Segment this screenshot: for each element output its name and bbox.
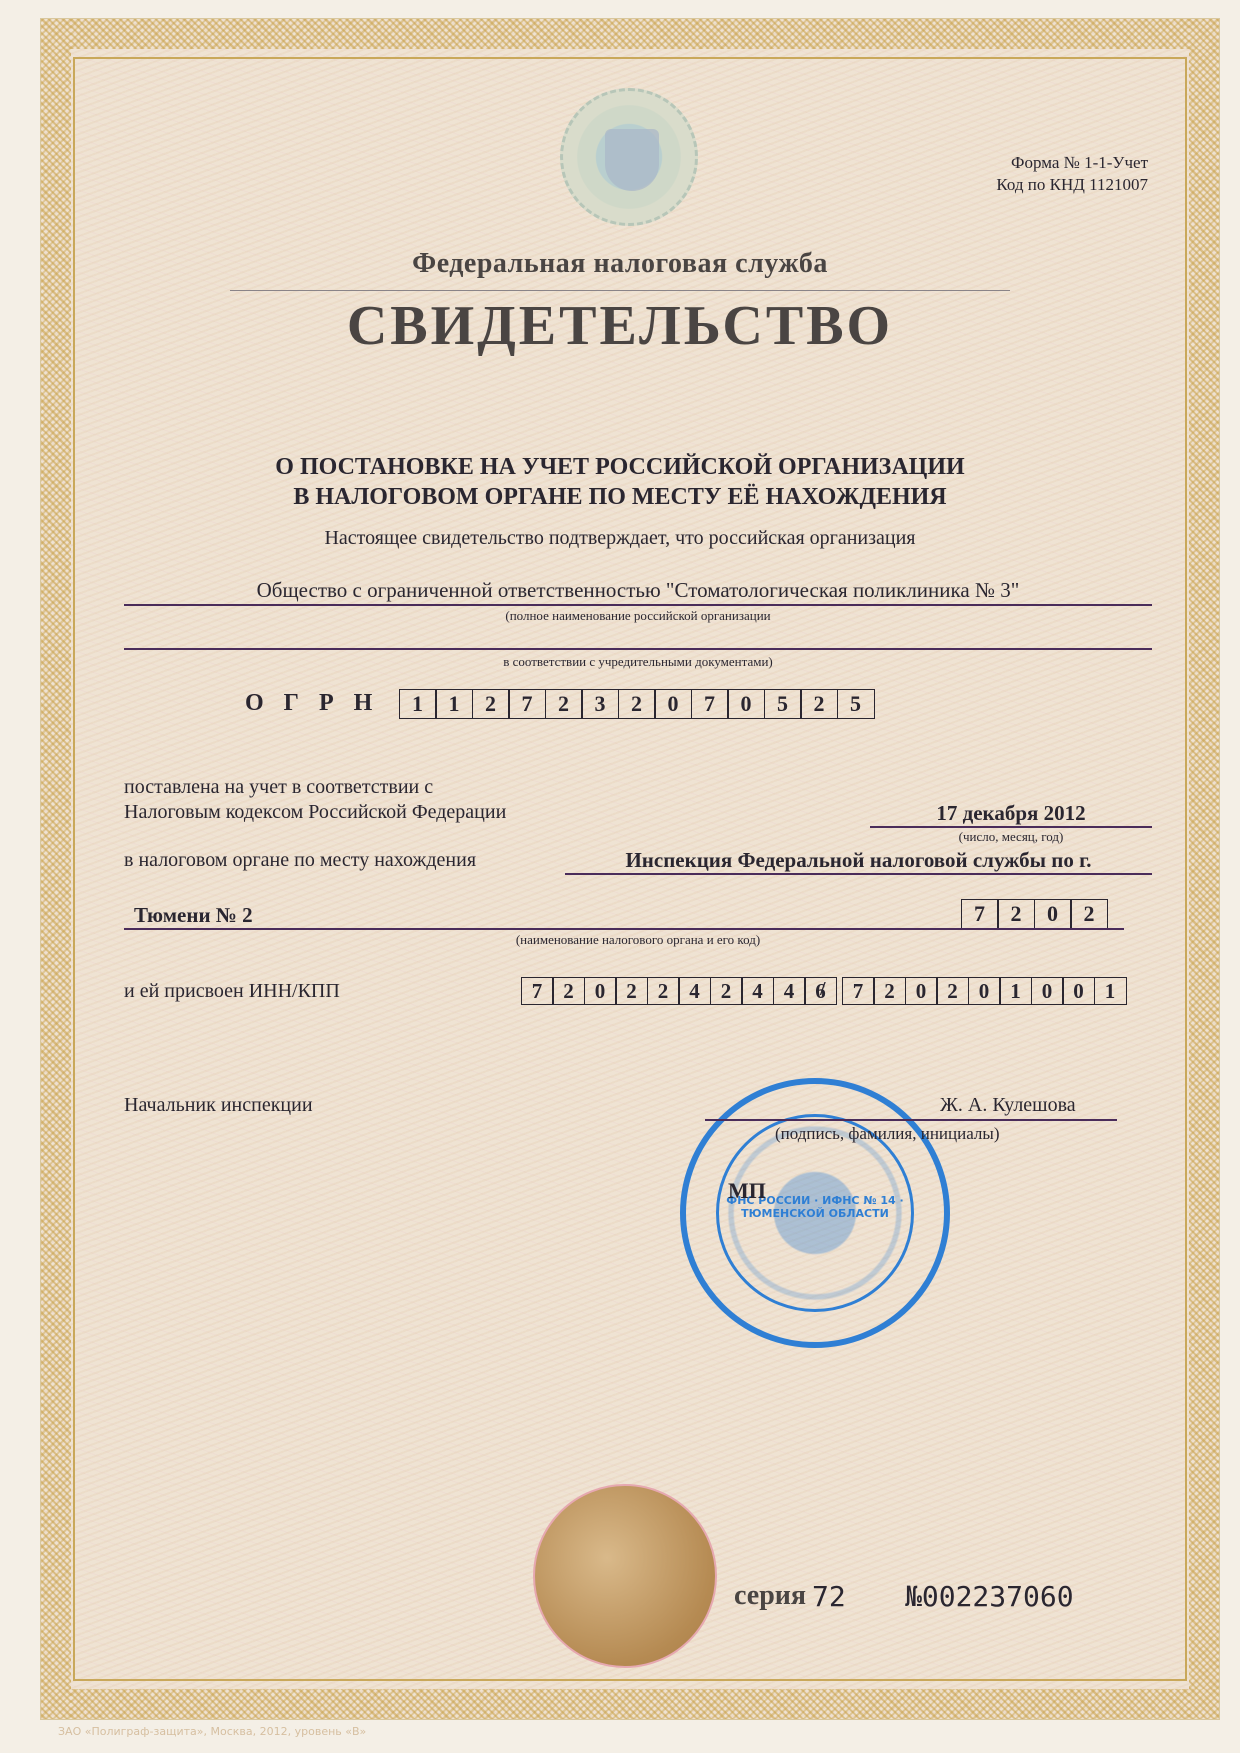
underline <box>124 604 1152 606</box>
digit-cell: 1 <box>399 689 437 719</box>
authority-name-1: Инспекция Федеральной налоговой службы п… <box>565 848 1152 873</box>
digit-cell: 0 <box>1062 977 1095 1005</box>
underline <box>870 826 1152 828</box>
serial-number: №002237060 <box>905 1580 1074 1613</box>
authority-caption: (наименование налогового органа и его ко… <box>124 932 1152 948</box>
digit-cell: 2 <box>472 689 510 719</box>
printer-info: ЗАО «Полиграф-защита», Москва, 2012, уро… <box>58 1725 366 1738</box>
ogrn-cells: 1127232070525 <box>400 689 875 719</box>
agency-name: Федеральная налоговая служба <box>0 248 1240 280</box>
date-caption: (число, месяц, год) <box>870 829 1152 845</box>
digit-cell: 0 <box>968 977 1001 1005</box>
hologram-emblem-icon <box>560 88 698 226</box>
underline <box>705 1119 1117 1121</box>
registration-date: 17 декабря 2012 <box>870 801 1152 826</box>
organization-name: Общество с ограниченной ответственностью… <box>124 578 1152 603</box>
digit-cell: 2 <box>800 689 838 719</box>
digit-cell: 0 <box>584 977 617 1005</box>
org-caption-2: в соответствии с учредительными документ… <box>124 654 1152 670</box>
digit-cell: 2 <box>997 899 1035 929</box>
digit-cell: 2 <box>647 977 680 1005</box>
digit-cell: 0 <box>727 689 765 719</box>
series-label: серия <box>734 1580 806 1612</box>
stamp-label: МП <box>728 1178 766 1204</box>
underline <box>565 873 1152 875</box>
digit-cell: 4 <box>741 977 774 1005</box>
document-title: СВИДЕТЕЛЬСТВО <box>0 294 1240 358</box>
digit-cell: 2 <box>873 977 906 1005</box>
registration-text-1: поставлена на учет в соответствии с <box>124 776 433 799</box>
inn-kpp-separator: / <box>820 978 826 1001</box>
underline <box>124 648 1152 650</box>
confirm-text: Настоящее свидетельство подтверждает, чт… <box>0 527 1240 550</box>
authority-code-cells: 7202 <box>962 899 1108 929</box>
inn-cells: 7202242446 <box>522 977 837 1005</box>
authority-label: в налоговом органе по месту нахождения <box>124 849 476 872</box>
digit-cell: 2 <box>1070 899 1108 929</box>
digit-cell: 2 <box>615 977 648 1005</box>
digit-cell: 7 <box>691 689 729 719</box>
digit-cell: 7 <box>521 977 554 1005</box>
digit-cell: 4 <box>773 977 806 1005</box>
org-caption-1: (полное наименование российской организа… <box>124 608 1152 624</box>
kpp-cells: 720201001 <box>843 977 1127 1005</box>
signatory-name: Ж. А. Кулешова <box>940 1094 1076 1117</box>
form-number: Форма № 1-1-Учет <box>996 152 1148 174</box>
digit-cell: 4 <box>678 977 711 1005</box>
digit-cell: 3 <box>581 689 619 719</box>
series-value: 72 <box>812 1580 846 1613</box>
digit-cell: 5 <box>764 689 802 719</box>
underline <box>124 928 1124 930</box>
registration-text-2: Налоговым кодексом Российской Федерации <box>124 801 506 824</box>
inn-kpp-label: и ей присвоен ИНН/КПП <box>124 980 340 1003</box>
divider <box>230 290 1010 291</box>
digit-cell: 0 <box>1034 899 1072 929</box>
ogrn-label: ОГРН <box>245 690 392 717</box>
digit-cell: 7 <box>508 689 546 719</box>
digit-cell: 0 <box>905 977 938 1005</box>
form-info: Форма № 1-1-Учет Код по КНД 1121007 <box>996 152 1148 196</box>
digit-cell: 0 <box>654 689 692 719</box>
digit-cell: 1 <box>999 977 1032 1005</box>
authority-name-2: Тюмени № 2 <box>134 903 253 928</box>
digit-cell: 2 <box>618 689 656 719</box>
digit-cell: 1 <box>1094 977 1127 1005</box>
digit-cell: 2 <box>936 977 969 1005</box>
embossed-seal-icon <box>533 1484 717 1668</box>
document-subtitle: О ПОСТАНОВКЕ НА УЧЕТ РОССИЙСКОЙ ОРГАНИЗА… <box>0 452 1240 512</box>
digit-cell: 7 <box>842 977 875 1005</box>
digit-cell: 7 <box>961 899 999 929</box>
digit-cell: 1 <box>435 689 473 719</box>
digit-cell: 5 <box>837 689 875 719</box>
digit-cell: 2 <box>552 977 585 1005</box>
signature-caption: (подпись, фамилия, инициалы) <box>775 1124 999 1144</box>
digit-cell: 2 <box>710 977 743 1005</box>
digit-cell: 2 <box>545 689 583 719</box>
digit-cell: 0 <box>1031 977 1064 1005</box>
signatory-position: Начальник инспекции <box>124 1094 313 1117</box>
knd-code: Код по КНД 1121007 <box>996 174 1148 196</box>
